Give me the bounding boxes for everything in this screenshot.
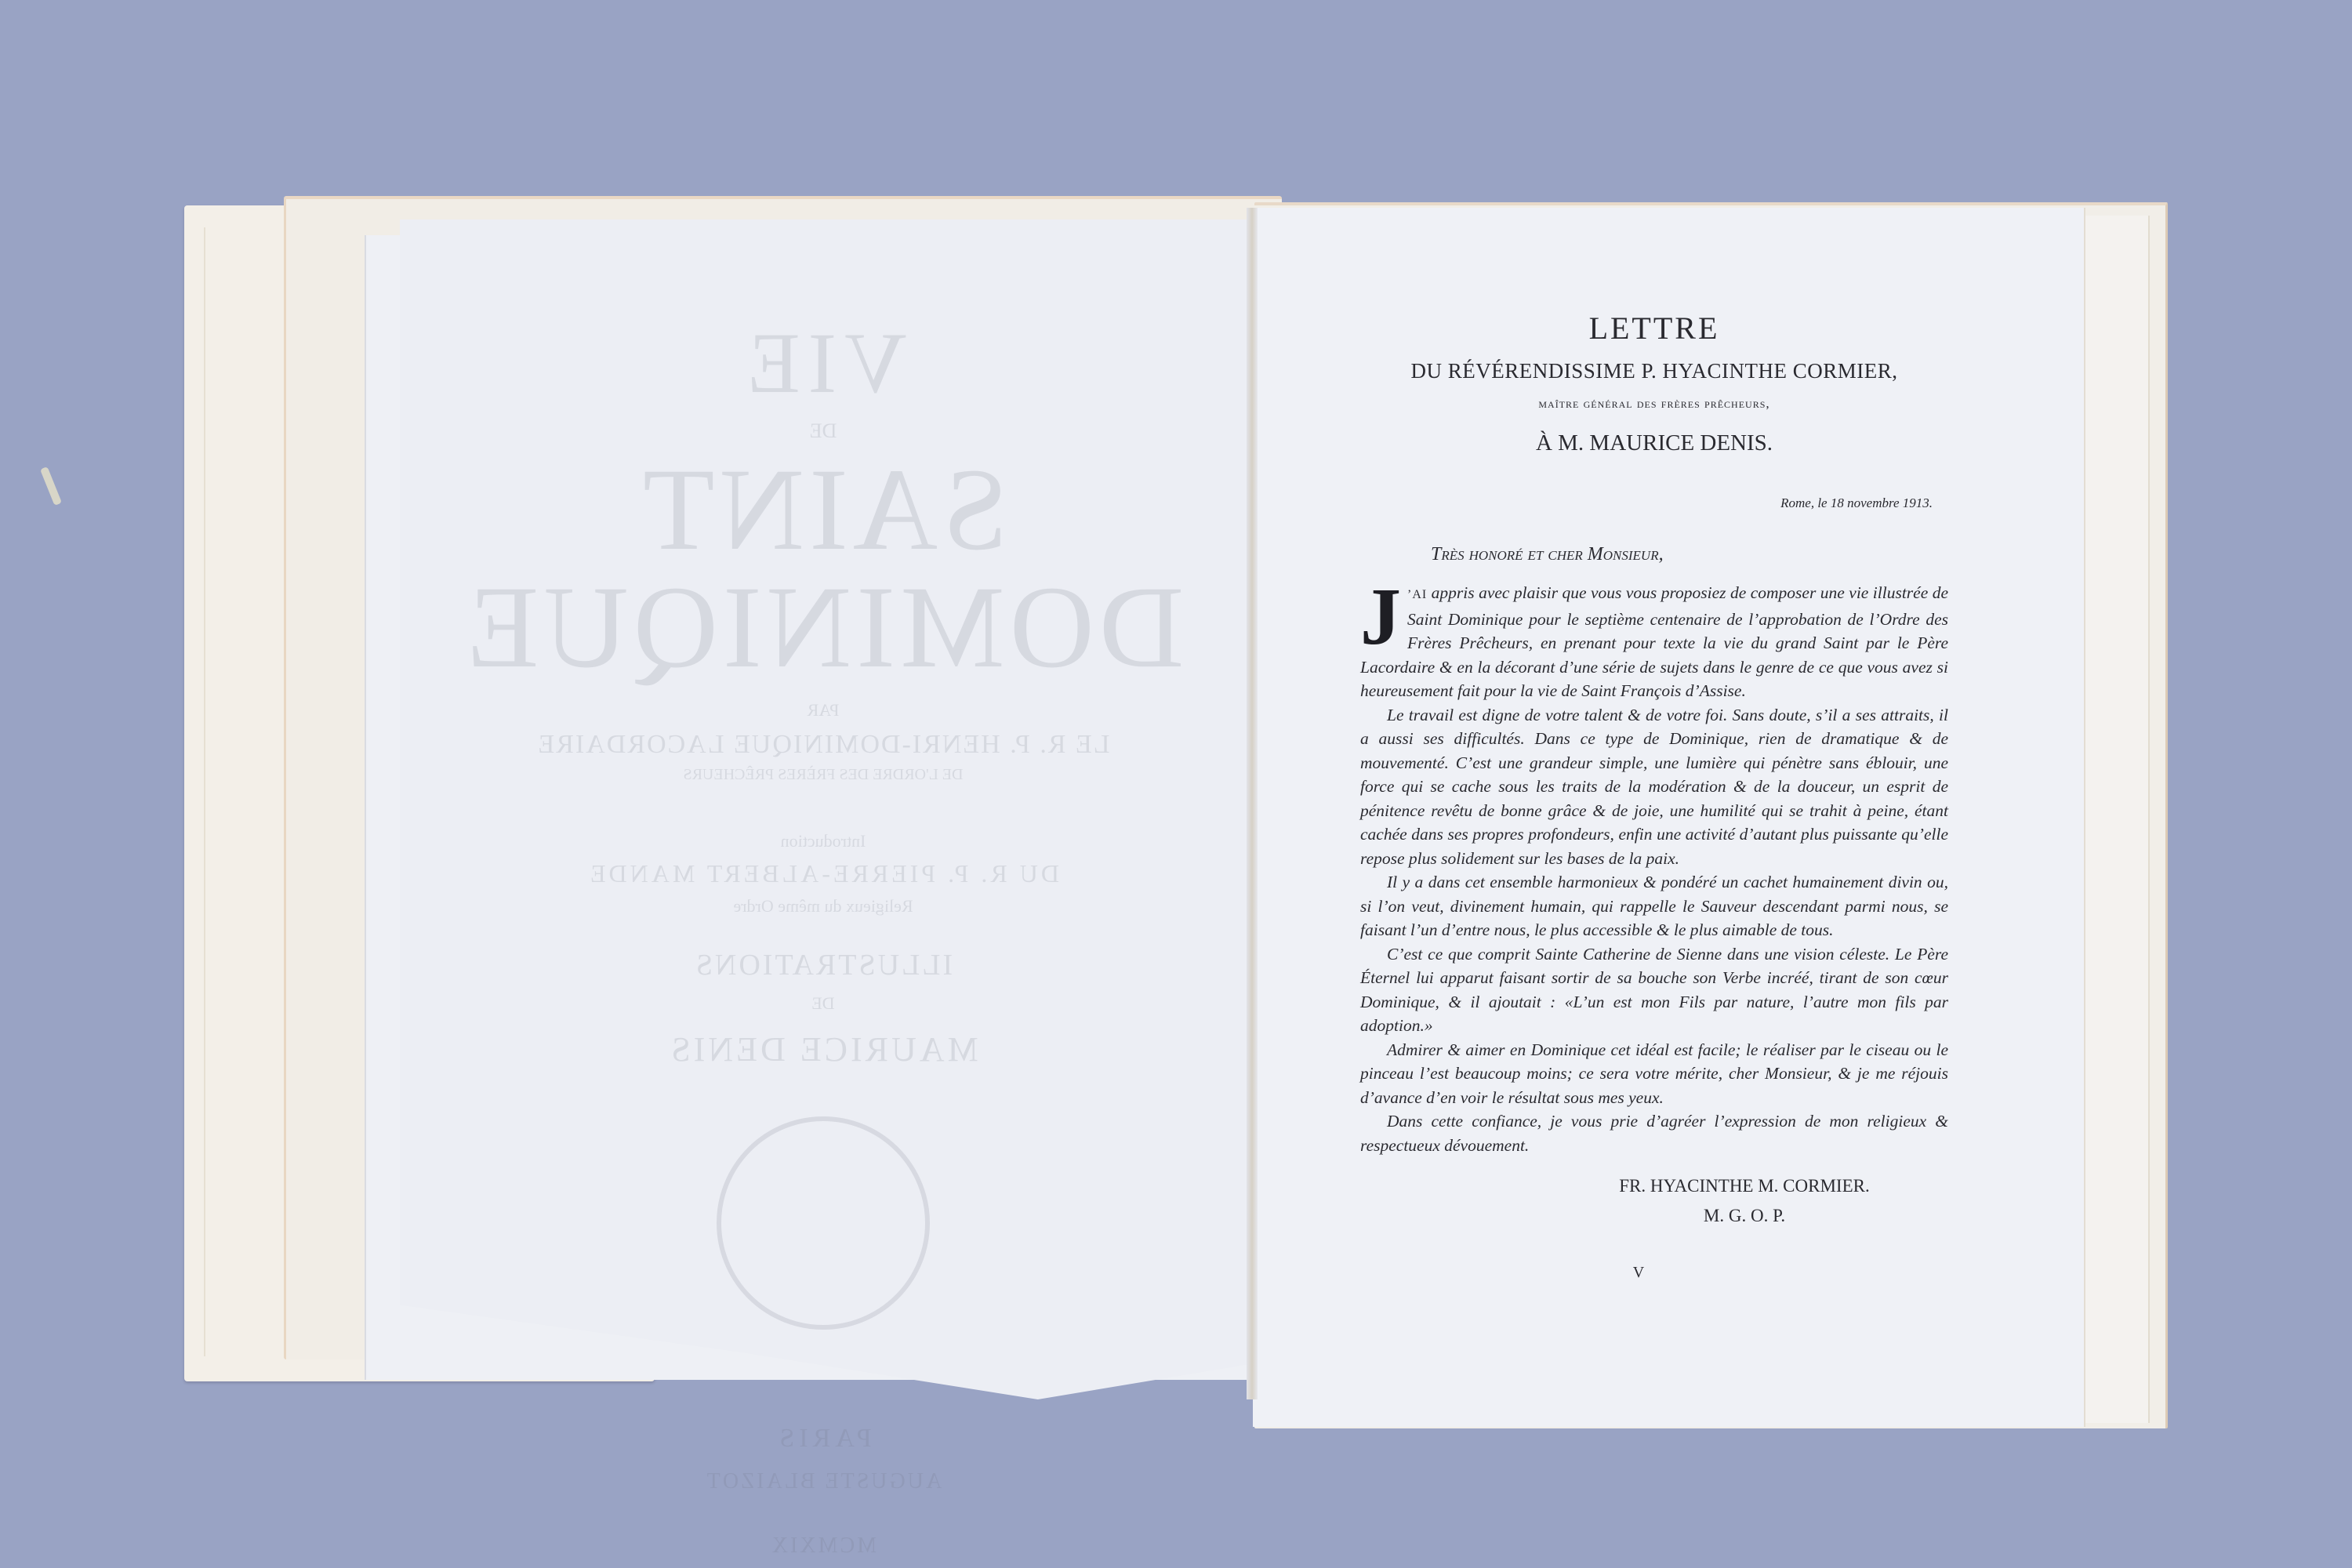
st-saint-dominique: SAINT DOMINIQUE [408, 451, 1239, 686]
st-author-order: DE L'ORDRE DES FRÈRES PRÊCHEURS [408, 766, 1239, 784]
st-author: LE R. P. HENRI-DOMINIQUE LACORDAIRE [408, 730, 1239, 760]
paragraph-4: C’est ce que comprit Sainte Catherine de… [1360, 942, 1948, 1038]
letter-salutation: Très honoré et cher Monsieur, [1360, 544, 1948, 565]
paragraph-3: Il y a dans cet ensemble harmonieux & po… [1360, 870, 1948, 942]
book-gutter [1247, 208, 1258, 1399]
st-publisher: AUGUSTE BLAIZOT [408, 1469, 1239, 1494]
st-city: PARIS [408, 1424, 1239, 1454]
paragraph-1: J ’AI appris avec plaisir que vous vous … [1360, 581, 1948, 703]
paragraph-2: Le travail est digne de votre talent & d… [1360, 703, 1948, 871]
drop-cap: J [1360, 586, 1401, 648]
st-illustrations-de: DE [408, 993, 1239, 1014]
stray-fiber [40, 466, 62, 506]
st-artist: MAURICE DENIS [408, 1029, 1239, 1069]
first-word: ’AI [1407, 588, 1427, 601]
letter-recipient: À M. MAURICE DENIS. [1360, 430, 1948, 456]
order-initials: M. G. O. P. [1360, 1206, 1948, 1226]
letter-date: Rome, le 18 novembre 1913. [1360, 495, 1948, 511]
st-par: PAR [408, 700, 1239, 720]
page-number: V [1360, 1264, 1948, 1282]
st-year: MCMXIX [408, 1534, 1239, 1559]
st-intro-by-order: Religieux du même Ordre [408, 896, 1239, 916]
letter-body: J ’AI appris avec plaisir que vous vous … [1360, 581, 1948, 1157]
st-intro: Introduction [408, 831, 1239, 851]
medallion-emblem-icon [717, 1116, 930, 1330]
st-de: DE [408, 419, 1239, 443]
letter-title: LETTRE [1360, 310, 1948, 347]
title-page-show-through: VIE DE SAINT DOMINIQUE PAR LE R. P. HENR… [408, 298, 1239, 1317]
letter-from: DU RÉVÉRENDISSIME P. HYACINTHE CORMIER, [1360, 359, 1948, 383]
st-intro-by: DU R. P. PIERRE-ALBERT MANDE [408, 859, 1239, 888]
letter: LETTRE DU RÉVÉRENDISSIME P. HYACINTHE CO… [1360, 310, 1948, 1282]
st-vie: VIE [408, 314, 1239, 413]
signature: FR. HYACINTHE M. CORMIER. [1360, 1176, 1948, 1196]
letter-role: MAÎTRE GÉNÉRAL DES FRÈRES PRÊCHEURS, [1360, 396, 1948, 412]
closing-paragraph: Dans cette confiance, je vous prie d’agr… [1360, 1109, 1948, 1157]
paragraph-5: Admirer & aimer en Dominique cet idéal e… [1360, 1038, 1948, 1110]
st-illustrations: ILLUSTRATIONS [408, 948, 1239, 982]
paragraph-1-text: appris avec plaisir que vous vous propos… [1360, 583, 1948, 700]
